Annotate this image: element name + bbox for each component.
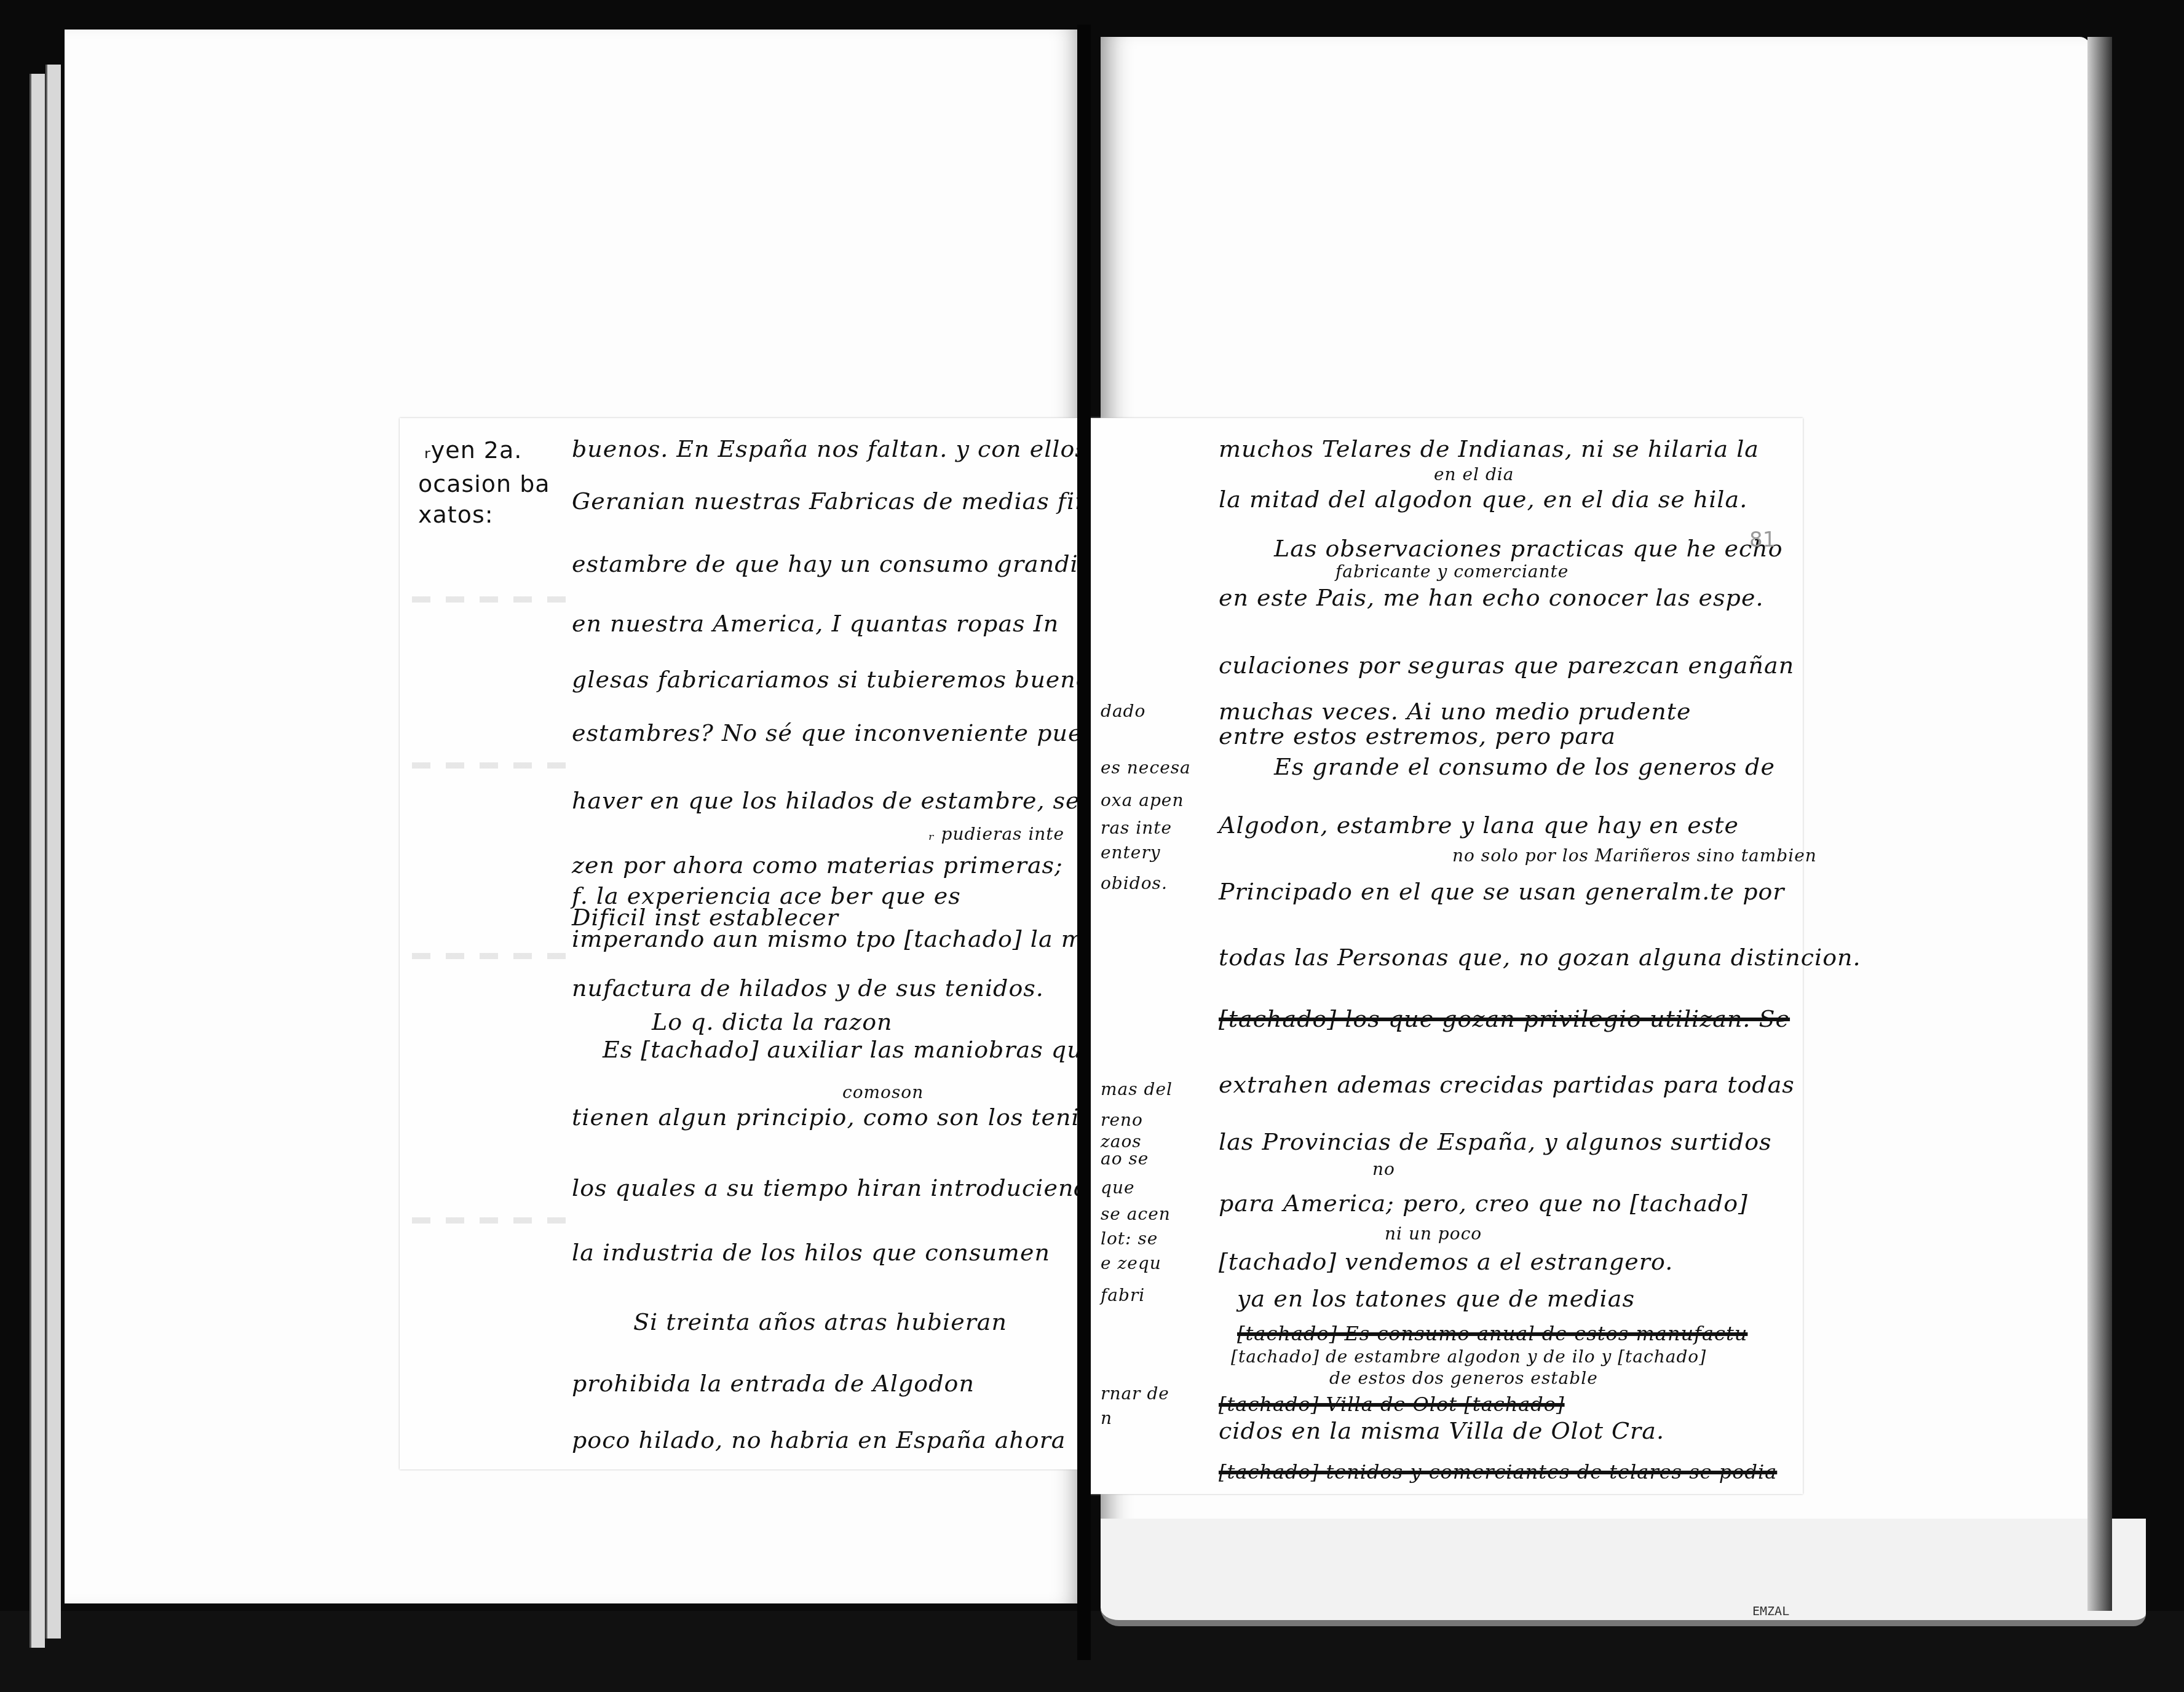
text-line: la mitad del algodon que, en el dia se h… [1219,486,1747,513]
struck-line: [tachado] Es consumo anual de estos manu… [1237,1322,1747,1345]
book-gutter [1077,25,1091,1660]
page-stack: EMZAL [1101,1519,2146,1626]
book-spread: EMZAL ᵣyen 2a. ocasion ba xatos: buenos.… [0,0,2184,1692]
bleed-through [412,1217,572,1224]
bleed-through [412,762,572,769]
gutter-text: oxa apen [1101,790,1184,810]
scan-background-top [0,0,2184,28]
text-line: [tachado] vendemos a el estrangero. [1219,1248,1673,1275]
text-line: glesas fabricariamos si tubieremos bueno… [572,666,1103,693]
text-line: la industria de los hilos que consumen [572,1239,1050,1266]
left-manuscript-slip: ᵣyen 2a. ocasion ba xatos: buenos. En Es… [400,418,1079,1469]
gutter-text: obidos. [1101,873,1168,893]
text-line: para America; pero, creo que no [tachado… [1219,1190,1748,1217]
text-line: estambre de que hay un consumo grandisim [572,550,1122,577]
gutter-text: es necesa [1101,757,1191,778]
text-line: Principado en el que se usan generalm.te… [1219,878,1785,905]
margin-note: xatos: [418,501,494,528]
gutter-text: n [1101,1408,1112,1428]
gutter-text: ao se [1101,1148,1149,1169]
margin-note: ᵣyen 2a. [424,437,522,464]
margin-note: ocasion ba [418,470,550,497]
struck-line: [tachado] tenidos y comerciantes de tela… [1219,1460,1777,1484]
right-manuscript-slip: muchos Telares de Indianas, ni se hilari… [1090,418,1803,1494]
text-line: Algodon, estambre y lana que hay en este [1219,812,1739,839]
text-line: los quales a su tiempo hiran introducien… [572,1174,1104,1201]
text-line: Es [tachado] auxiliar las maniobras que … [603,1036,1119,1063]
gutter-text: se acen [1101,1204,1171,1224]
text-line: las Provincias de España, y algunos surt… [1219,1128,1772,1155]
text-line: poco hilado, no habria en España ahora [572,1426,1066,1453]
text-line: estambres? No sé que inconveniente pued [572,719,1098,746]
interlinear-insertion: fabricante y comerciante [1335,561,1569,582]
text-line: todas las Personas que, no gozan alguna … [1219,944,1861,971]
text-line: ya en los tatones que de medias [1237,1285,1635,1312]
interlinear-insertion: comoson [842,1082,924,1102]
interlinear-insertion: no solo por los Mariñeros sino tambien [1452,845,1817,866]
struck-line: [tachado] Villa de Olot [tachado] [1219,1393,1565,1416]
bleed-through [412,596,572,603]
gutter-text: mas del [1101,1079,1173,1099]
interlinear-insertion: no [1372,1159,1395,1179]
gutter-text: e zequ [1101,1253,1161,1273]
gutter-text: entery [1101,842,1161,863]
text-line: Es grande el consumo de los generos de [1274,753,1775,780]
text-line: zen por ahora como materias primeras; [572,852,1063,879]
gutter-text: reno [1101,1110,1143,1130]
text-line: haver en que los hilados de estambre, se… [572,787,1111,814]
text-line: Geranian nuestras Fabricas de medias fin… [572,488,1118,515]
struck-line: [tachado] los que gozan privilegio utili… [1219,1005,1790,1032]
interlinear-insertion: de estos dos generos estable [1329,1368,1598,1388]
gutter-text: ras inte [1101,818,1172,838]
text-line: imperando aun mismo tpo [tachado] la ma [572,925,1098,952]
text-line: prohibida la entrada de Algodon [572,1370,975,1397]
text-line: [tachado] de estambre algodon y de ilo y… [1231,1346,1706,1367]
folio-number: 81 [1749,528,1776,552]
text-line: nufactura de hilados y de sus tenidos. [572,974,1044,1002]
gutter-text: que [1101,1177,1135,1198]
stack-label: EMZAL [1752,1603,1789,1618]
text-line: cidos en la misma Villa de Olot Cra. [1219,1417,1664,1444]
text-line: buenos. En España nos faltan. y con ello… [572,435,1111,462]
text-line: extrahen ademas crecidas partidas para t… [1219,1071,1795,1098]
interlinear-insertion: ᵣ pudieras inte [928,824,1064,844]
text-line: Si treinta años atras hubieran [633,1308,1007,1335]
text-line: muchos Telares de Indianas, ni se hilari… [1219,435,1759,462]
text-line: Las observaciones practicas que he echo [1274,535,1783,562]
text-line: en este Pais, me han echo conocer las es… [1219,584,1763,611]
book-edge-strip [45,65,61,1639]
text-line: Lo q. dicta la razon [652,1008,893,1035]
text-line: culaciones por seguras que parezcan enga… [1219,652,1794,679]
interlinear-insertion: en el dia [1434,464,1514,484]
interlinear-insertion: ni un poco [1385,1224,1482,1244]
text-line: muchas veces. Ai uno medio prudente [1219,698,1691,725]
gutter-text: lot: se [1101,1228,1158,1249]
text-line: en nuestra America, I quantas ropas In [572,610,1059,637]
gutter-text: dado [1101,701,1145,721]
book-cover-edge [2087,37,2112,1611]
bleed-through [412,953,572,959]
gutter-text: fabri [1101,1285,1145,1305]
gutter-text: rnar de [1101,1383,1169,1404]
text-line: entre estos estremos, pero para [1219,722,1616,749]
text-line: tienen algun principio, como son los ten… [572,1104,1122,1131]
book-edge-strip [30,74,45,1648]
